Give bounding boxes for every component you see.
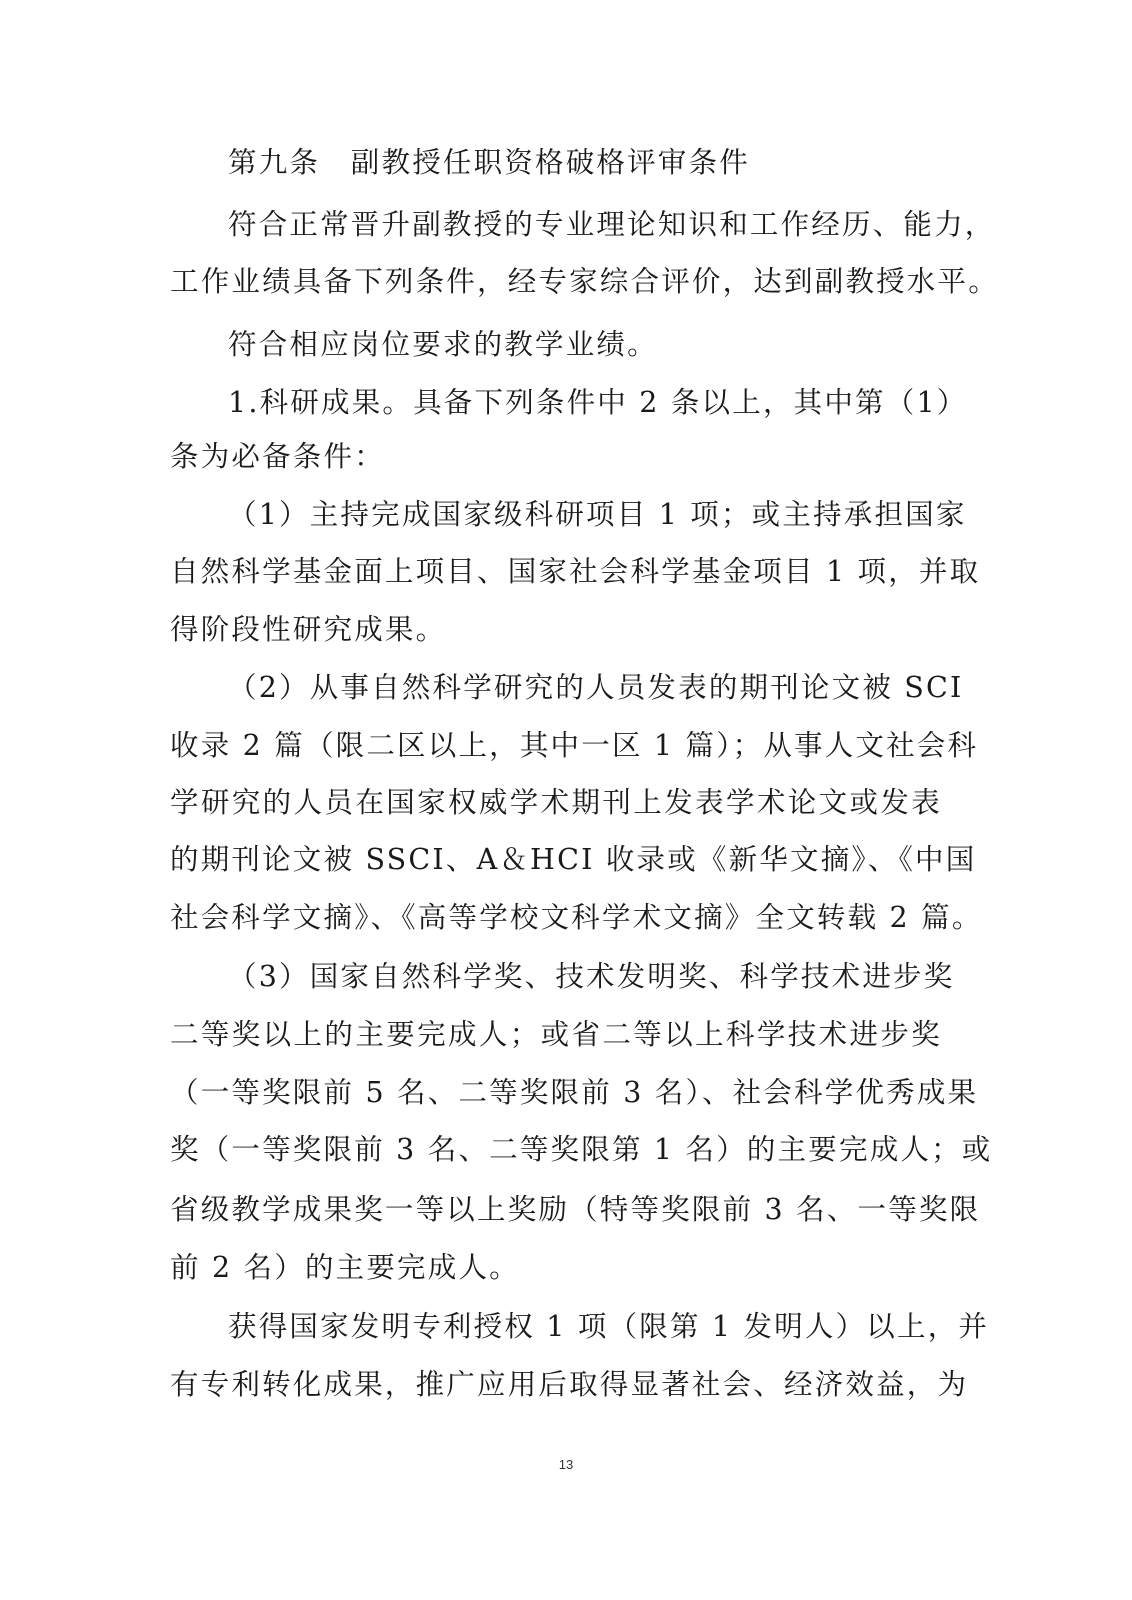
paragraph-line: 二等奖以上的主要完成人；或省二等以上科学技术进步奖 — [170, 1017, 942, 1053]
paragraph-line: 省级教学成果奖一等以上奖励（特等奖限前 3 名、一等奖限 — [170, 1192, 942, 1228]
paragraph-line: （2）从事自然科学研究的人员发表的期刊论文被 SCI — [228, 670, 942, 706]
paragraph-line: 有专利转化成果，推广应用后取得显著社会、经济效益，为 — [170, 1367, 942, 1403]
paragraph-line: 条为必备条件： — [170, 439, 942, 475]
paragraph-line: 奖（一等奖限前 3 名、二等奖限第 1 名）的主要完成人；或 — [170, 1132, 942, 1168]
paragraph-line: 的期刊论文被 SSCI、A＆HCI 收录或《新华文摘》、《中国 — [170, 842, 942, 878]
paragraph-line: 1.科研成果。具备下列条件中 2 条以上，其中第（1） — [228, 385, 942, 421]
paragraph-line: 符合正常晋升副教授的专业理论知识和工作经历、能力， — [228, 207, 942, 243]
paragraph-line: 收录 2 篇（限二区以上，其中一区 1 篇）；从事人文社会科 — [170, 728, 942, 764]
paragraph-line: 自然科学基金面上项目、国家社会科学基金项目 1 项，并取 — [170, 554, 942, 590]
paragraph-line: （1）主持完成国家级科研项目 1 项；或主持承担国家 — [228, 497, 942, 533]
paragraph-line: 学研究的人员在国家权威学术期刊上发表学术论文或发表 — [170, 785, 942, 821]
article-heading: 第九条 副教授任职资格破格评审条件 — [228, 145, 942, 181]
page-number: 13 — [0, 1457, 1132, 1472]
paragraph-line: 工作业绩具备下列条件，经专家综合评价，达到副教授水平。 — [170, 264, 942, 300]
paragraph-line: （一等奖限前 5 名、二等奖限前 3 名）、社会科学优秀成果 — [170, 1075, 942, 1111]
paragraph-line: 获得国家发明专利授权 1 项（限第 1 发明人）以上，并 — [228, 1309, 942, 1345]
paragraph-line: 得阶段性研究成果。 — [170, 612, 942, 648]
paragraph-line: 社会科学文摘》、《高等学校文科学术文摘》全文转载 2 篇。 — [170, 900, 942, 936]
document-page: 第九条 副教授任职资格破格评审条件 符合正常晋升副教授的专业理论知识和工作经历、… — [0, 0, 1132, 1600]
paragraph-line: 前 2 名）的主要完成人。 — [170, 1250, 942, 1286]
paragraph-line: （3）国家自然科学奖、技术发明奖、科学技术进步奖 — [228, 959, 942, 995]
paragraph-line: 符合相应岗位要求的教学业绩。 — [228, 327, 942, 363]
